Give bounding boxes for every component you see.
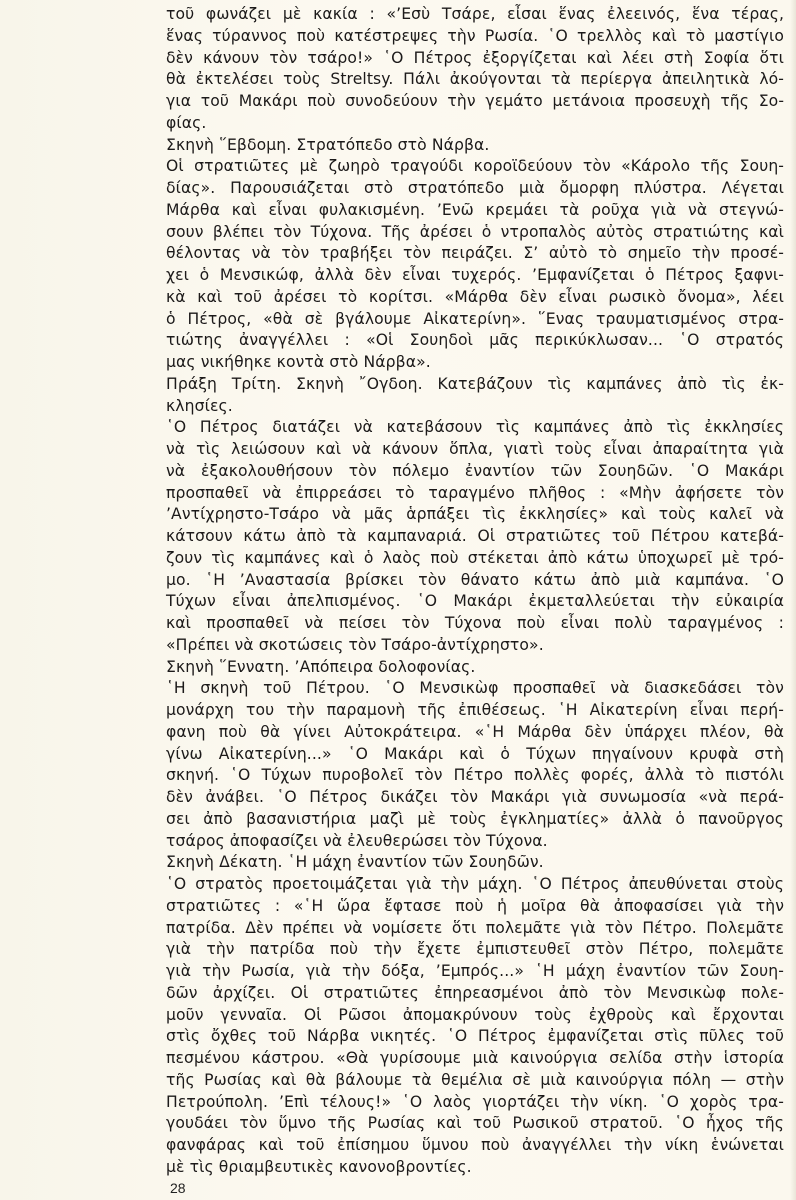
book-page: τοῦ φωνάζει μὲ κακία : «’Εσὺ Τσάρε, εἶσα… (0, 0, 796, 1200)
text-line: γουδάει τὸν ὕμνο τῆς Ρωσίας καὶ τοῦ Ρωσι… (166, 1113, 784, 1135)
page-number: 28 (170, 1180, 186, 1196)
text-line: τῆς Ρωσίας καὶ θὰ βάλουμε τὰ θεμέλια σὲ … (166, 1070, 784, 1092)
text-line: θὰ ἐκτελέσει τοὺς Streltsy. Πάλι ἀκούγον… (166, 69, 784, 91)
text-line: ’Αντίχρηστο-Τσάρο νὰ μᾶς ἁρπάξει τὶς ἐκκ… (166, 504, 784, 526)
text-line: ζουν τὶς καμπάνες καὶ ὁ λαὸς ποὺ στέκετα… (166, 548, 784, 570)
body-text: τοῦ φωνάζει μὲ κακία : «’Εσὺ Τσάρε, εἶσα… (166, 4, 784, 1179)
text-line: πεσμένου κάστρου. «Θὰ γυρίσουμε μιὰ καιν… (166, 1048, 784, 1070)
text-line: δῶν ἀρχίζει. Οἱ στρατιῶτες ἐπηρεασμένοι … (166, 983, 784, 1005)
text-line: θέλοντας νὰ τὸν τραβήξει τὸν πειράζει. Σ… (166, 243, 784, 265)
text-line: σουν βλέπει τὸν Τύχονα. Τῆς ἀρέσει ὁ ντρ… (166, 222, 784, 244)
text-line: κὰ καὶ τοῦ ἀρέσει τὸ κορίτσι. «Μάρθα δὲν… (166, 287, 784, 309)
text-line: γίνω Αἰκατερίνη...» ῾Ο Μακάρι καὶ ὁ Τύχω… (166, 744, 784, 766)
text-line: στρατιῶτες : «῾Η ὥρα ἔφτασε ποὺ ἡ μοῖρα … (166, 896, 784, 918)
text-line: ῾Ο Πέτρος διατάζει νὰ κατεβάσουν τὶς καμ… (166, 417, 784, 439)
text-line: Πετρούπολη. ’Επὶ τέλους!» ῾Ο λαὸς γιορτά… (166, 1092, 784, 1114)
text-line: τσάρος ἀποφασίζει νὰ ἐλευθερώσει τὸν Τύχ… (166, 831, 784, 853)
text-line: φανφάρας καὶ τοῦ ἐπίσημου ὕμνου ποὺ ἀναγ… (166, 1135, 784, 1157)
text-line: δὲν ἀνάβει. ῾Ο Πέτρος δικάζει τὸν Μακάρι… (166, 787, 784, 809)
text-line: ῾Η σκηνὴ τοῦ Πέτρου. ῾Ο Μενσικὼφ προσπαθ… (166, 678, 784, 700)
text-line: δὲν κάνουν τὸν τσάρο!» ῾Ο Πέτρος ἐξοργίζ… (166, 48, 784, 70)
text-line: καὶ προσπαθεῖ νὰ πείσει τὸν Τύχονα ποὺ ε… (166, 613, 784, 635)
text-line: σκηνή. ῾Ο Τύχων πυροβολεῖ τὸν Πέτρο πολλ… (166, 765, 784, 787)
text-line: τοῦ φωνάζει μὲ κακία : «’Εσὺ Τσάρε, εἶσα… (166, 4, 784, 26)
text-line: σει ἀπὸ βασανιστήρια μαζὶ μὲ τοὺς ἐγκλημ… (166, 809, 784, 831)
text-line: Πράξη Τρίτη. Σκηνὴ ῎Ογδοη. Κατεβάζουν τὶ… (166, 374, 784, 396)
text-line: Μάρθα καὶ εἶναι φυλακισμένη. ’Ενῶ κρεμάε… (166, 200, 784, 222)
text-line: ἕνας τύραννος ποὺ κατέστρεψες τὴν Ρωσία.… (166, 26, 784, 48)
text-line: ὁ Πέτρος, «θὰ σὲ βγάλουμε Αἰκατερίνη». ῞… (166, 309, 784, 331)
text-line: πατρίδα. Δὲν πρέπει νὰ νομίσετε ὅτι πολε… (166, 918, 784, 940)
text-line: κλησίες. (166, 396, 784, 418)
text-line: Σκηνὴ Δέκατη. ῾Η μάχη ἐναντίον τῶν Σουηδ… (166, 852, 784, 874)
text-line: στὶς ὄχθες τοῦ Νάρβα νικητές. ῾Ο Πέτρος … (166, 1026, 784, 1048)
text-line: νὰ ἐξακολουθήσουν τὸν πόλεμο ἐναντίον τῶ… (166, 461, 784, 483)
text-line: για τοῦ Μακάρι ποὺ συνοδεύουν τὴν γεμάτο… (166, 91, 784, 113)
text-line: μονάρχη του τὴν παραμονὴ τῆς ἐπιθέσεως. … (166, 700, 784, 722)
text-line: ῾Ο στρατὸς προετοιμάζεται γιὰ τὴν μάχη. … (166, 874, 784, 896)
text-line: Οἱ στρατιῶτες μὲ ζωηρὸ τραγούδι κοροϊδεύ… (166, 156, 784, 178)
text-line: Σκηνὴ ῞Εβδομη. Στρατόπεδο στὸ Νάρβα. (166, 135, 784, 157)
text-line: νὰ τὶς λειώσουν καὶ νὰ κάνουν ὅπλα, γιατ… (166, 439, 784, 461)
text-line: μὲ τὶς θριαμβευτικὲς κανονοβροντίες. (166, 1157, 784, 1179)
text-line: φίας. (166, 113, 784, 135)
text-line: Σκηνὴ ῞Εννατη. ’Απόπειρα δολοφονίας. (166, 657, 784, 679)
text-line: μας νικήθηκε κοντὰ στὸ Νάρβα». (166, 352, 784, 374)
text-line: προσπαθεῖ νὰ ἐπιρρεάσει τὸ ταραγμένο πλῆ… (166, 483, 784, 505)
text-line: «Πρέπει νὰ σκοτώσεις τὸν Τσάρο-ἀντίχρηστ… (166, 635, 784, 657)
text-line: μο. ῾Η ’Αναστασία βρίσκει τὸν θάνατο κάτ… (166, 570, 784, 592)
text-line: Τύχων εἶναι ἀπελπισμένος. ῾Ο Μακάρι ἐκμε… (166, 591, 784, 613)
text-line: φανη ποὺ θὰ γίνει Αὐτοκράτειρα. «῾Η Μάρθ… (166, 722, 784, 744)
text-line: χει ὁ Μενσικώφ, ἀλλὰ δὲν εἶναι τυχερός. … (166, 265, 784, 287)
text-line: γιὰ τὴν Ρωσία, γιὰ τὴν δόξα, ’Εμπρός...»… (166, 961, 784, 983)
text-line: τιώτης ἀναγγέλλει : «Οἱ Σουηδοὶ μᾶς περι… (166, 330, 784, 352)
text-line: δίας». Παρουσιάζεται στὸ στρατόπεδο μιὰ … (166, 178, 784, 200)
text-line: μοῦν γενναῖα. Οἱ Ρῶσοι ἀπομακρύνουν τοὺς… (166, 1005, 784, 1027)
text-line: γιὰ τὴν πατρίδα ποὺ τὴν ἔχετε ἐμπιστευθε… (166, 939, 784, 961)
text-line: κάτσουν κάτω ἀπὸ τὰ καμπαναριά. Οἱ στρατ… (166, 526, 784, 548)
page-edge-shadow (790, 0, 796, 1200)
